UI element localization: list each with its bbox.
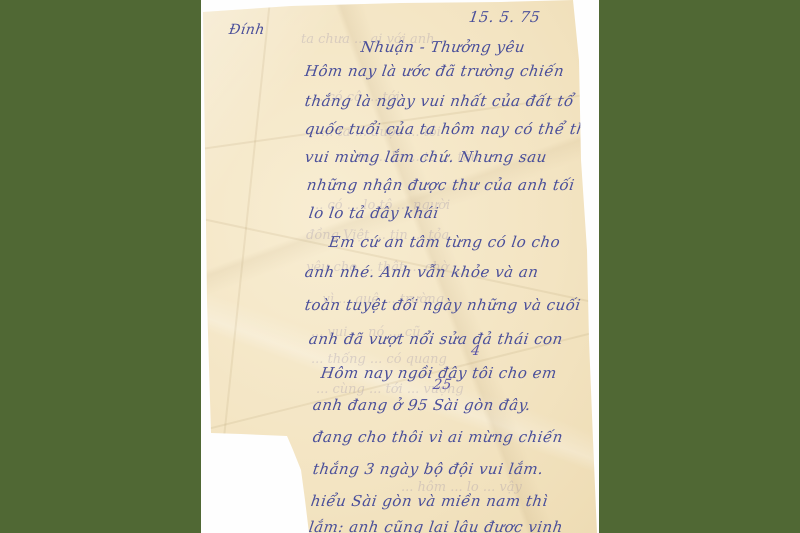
letter-line: anh đang ở 95 Sài gòn đây. [312,396,532,414]
letter-line: Em cứ an tâm từng có lo cho [328,233,562,251]
letter-line: lắm: anh cũng lại lâu được vinh [308,518,564,533]
letter-line: đang cho thôi vì ai mừng chiến [312,428,564,446]
annotation: 25 [432,377,453,393]
letter-line: vui mừng lắm chứ. Nhưng sau [304,148,548,166]
letter-line: toàn tuyệt đối ngày những và cuối [304,296,582,314]
letter-line: thắng là ngày vui nhất của đất tổ [304,92,575,110]
letter-line: lo lo tả đây khái [308,204,440,222]
letter-line: anh nhé. Anh vẫn khỏe và an [304,263,540,281]
letter-salutation: Nhuận - Thưởng yêu [360,38,527,56]
margin-note: Đính [228,22,266,38]
left-border-panel [0,0,201,533]
letter-line: anh đã vượt nổi sửa đả thái con [308,330,564,348]
letter-date: 15. 5. 75 [468,8,542,26]
letter-line: quốc tuổi của ta hôm nay có thể tha [304,120,598,138]
letter-line: hiểu Sài gòn và miền nam thì [310,492,549,510]
letter-line: những nhận được thư của anh tối [306,176,576,194]
right-border-panel [599,0,800,533]
annotation: 4 [470,343,482,359]
letter-line: thắng 3 ngày bộ đội vui lắm. [312,460,545,478]
letter-line: Hôm nay là ước đã trường chiến [304,62,566,80]
